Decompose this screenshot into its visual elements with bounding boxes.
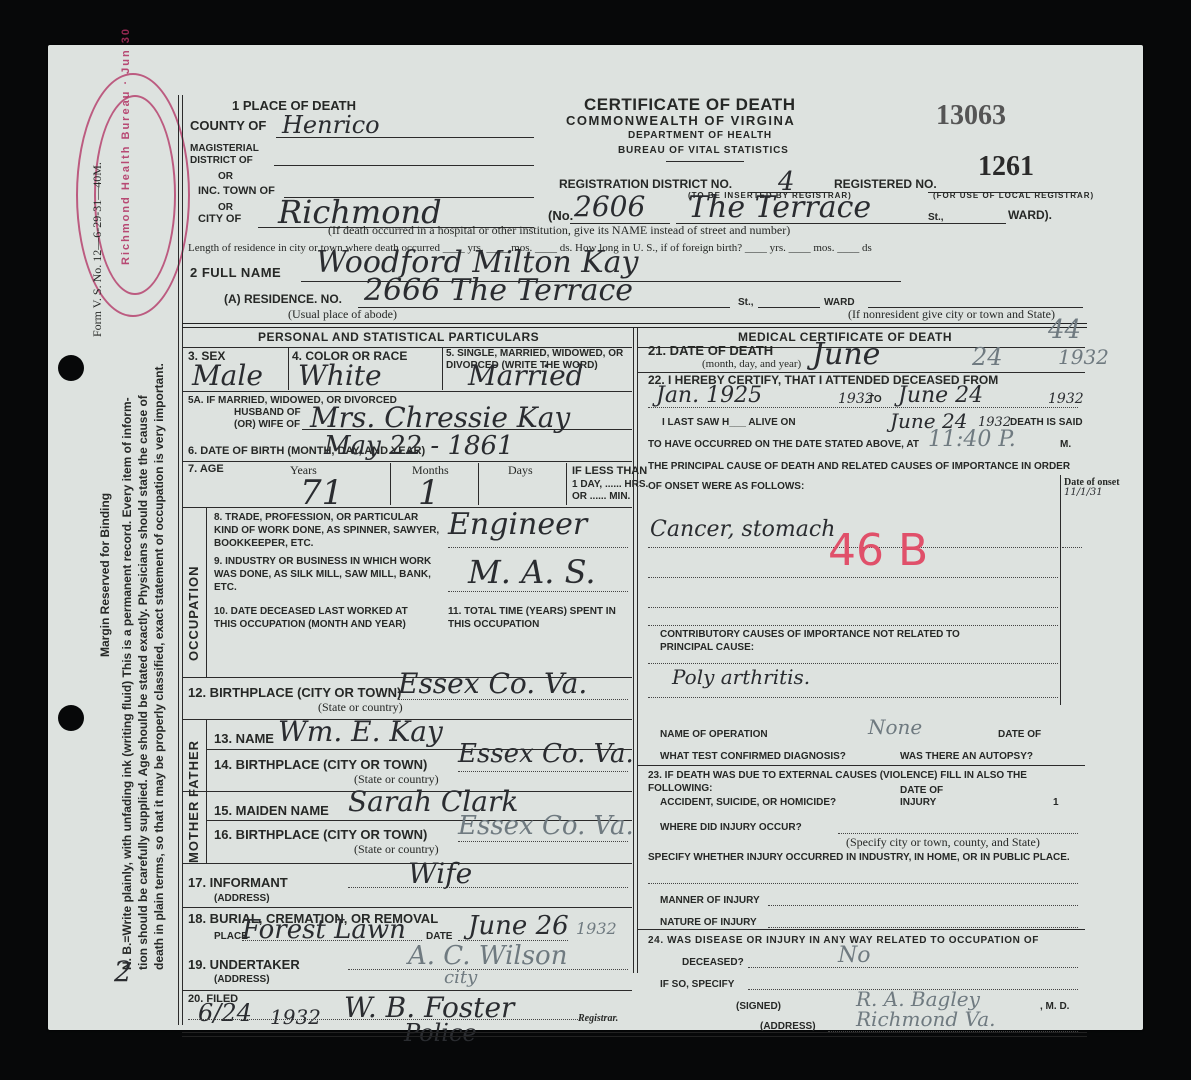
registered-no-label: Registered No. [834,177,937,191]
industry-value: M. A. S. [468,553,596,591]
red-pencil-code: 46 B [828,525,928,576]
certificate-title: Certificate of Death [584,95,795,115]
stamp-number: 13063 [936,100,1006,132]
marital-value: Married [468,359,584,392]
hospital-note: (If death occurred in a hospital or othe… [328,223,790,238]
town-label: Inc. Town of [198,185,275,197]
sex-value: Male [192,359,263,392]
full-name-label: 2 Full Name [190,265,281,280]
county-value: Henrico [282,111,380,139]
filed-year: 1932 [270,1005,321,1029]
street-no-value: 2606 [574,190,645,223]
undertaker-address: city [444,967,477,988]
magisterial-label: Magisterial District of [190,143,280,167]
death-year: 1932 [1058,345,1109,369]
binding-note: Margin Reserved for Binding [98,493,112,657]
stamp-text: Richmond Health Bureau · Jun 30 [120,27,132,265]
residence-value: 2666 The Terrace [364,273,633,308]
attended-to: June 24 [898,383,983,408]
personal-section-title: Personal and Statistical Particulars [258,330,539,344]
occupation-side-label: Occupation [186,566,201,661]
physician-address: Richmond Va. [856,1007,995,1031]
death-day: 24 [972,343,1003,371]
death-month: June [812,337,880,372]
spouse-value: Mrs. Chressie Kay [310,401,570,434]
nb-line-1: N. B.=Write plainly, with unfading ink (… [120,397,134,970]
form-number: Form V. S. No. 12—6-29-31—40M. [90,162,105,337]
county-label: County of [190,118,266,133]
attended-from: Jan. 1925 [656,383,762,408]
registration-district-label: Registration District No. [559,177,732,191]
undertaker-value: A. C. Wilson [408,941,567,971]
bureau-label: Bureau of Vital Statistics [618,145,789,156]
ward-label: Ward). [1008,208,1052,222]
punch-hole [58,705,84,731]
race-value: White [298,359,382,392]
principal-cause: Cancer, stomach [650,517,835,542]
mother-side-label: Mother [186,801,201,863]
onset-value: 11/1/31 [1064,487,1103,498]
birthplace-value: Essex Co. Va. [398,667,587,700]
punch-hole [58,355,84,381]
mother-birthplace-value: Essex Co. Va. [458,811,634,841]
father-side-label: Father [186,740,201,797]
city-label: City of [198,213,241,225]
burial-year-value: 1932 [576,919,617,938]
nb-line-3: death in plain terms, so that it may be … [152,363,166,970]
father-birthplace-value: Essex Co. Va. [458,739,634,769]
corner-mark: 44 [1048,315,1081,345]
registered-number: 1261 [978,151,1034,183]
operation-value: None [868,715,922,739]
burial-date-value: June 26 [468,911,569,941]
department-label: Department of Health [628,130,772,141]
street-no-label: (No. [548,208,573,223]
death-certificate: Richmond Health Bureau · Jun 30 Form V. … [48,45,1143,1030]
occupation-related-value: No [838,943,871,968]
informant-value: Wife [408,857,472,890]
filed-date: 6/24 [198,999,252,1027]
commonwealth-title: Commonwealth of Virgina [566,113,795,128]
dob-value: May 22 - 1861 [324,431,514,461]
residence-label: (A) Residence. No. [224,292,342,306]
contributory-cause: Poly arthritis. [672,665,810,689]
father-name-value: Wm. E. Kay [278,715,443,748]
for-local-registrar: (For use of local registrar) [933,191,1094,200]
street-value: The Terrace [688,190,871,225]
bureau-stamp-inner [94,95,176,295]
nb-line-2: tion should be carefully supplied. Age s… [136,395,150,970]
time-of-death: 11:40 P. [928,427,1016,452]
page-mark: 2 [114,955,132,988]
trade-value: Engineer [448,507,587,542]
